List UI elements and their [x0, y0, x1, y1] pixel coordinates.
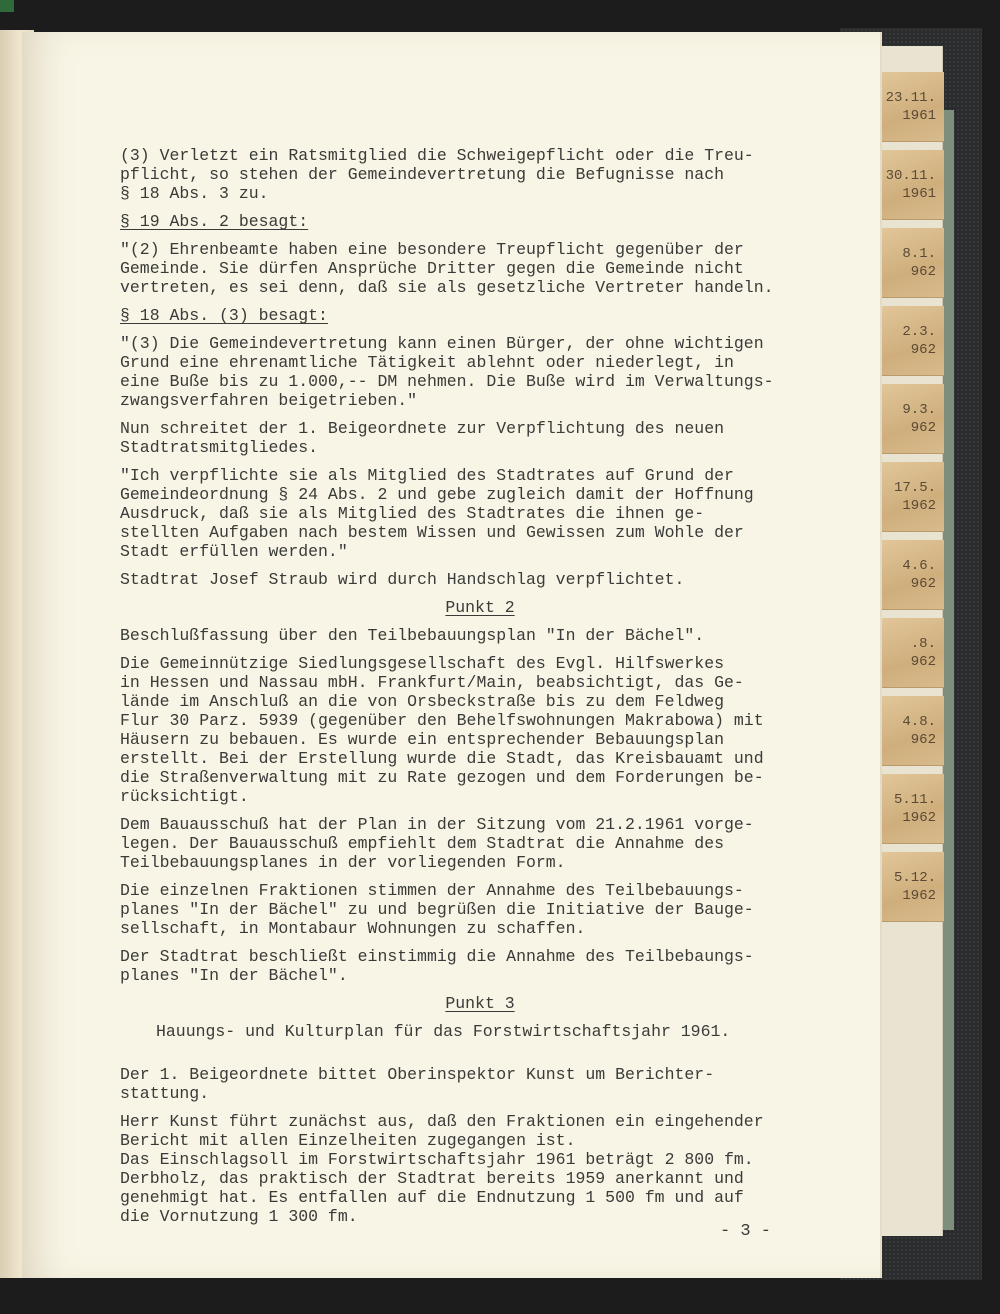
paragraph: Dem Bauausschuß hat der Plan in der Sitz…: [120, 815, 840, 872]
paragraph: "(2) Ehrenbeamte haben eine besondere Tr…: [120, 240, 840, 297]
paragraph: Der Stadtrat beschließt einstimmig die A…: [120, 947, 840, 985]
date-tab[interactable]: 9.3.962: [878, 384, 944, 454]
paragraph: Der 1. Beigeordnete bittet Oberinspektor…: [120, 1065, 840, 1103]
date-tab[interactable]: 4.8.962: [878, 696, 944, 766]
date-tab[interactable]: 5.11.1962: [878, 774, 944, 844]
paragraph: (3) Verletzt ein Ratsmitglied die Schwei…: [120, 146, 840, 203]
paragraph: "(3) Die Gemeindevertretung kann einen B…: [120, 334, 840, 410]
date-tab[interactable]: 30.11.1961: [878, 150, 944, 220]
section-heading: § 19 Abs. 2 besagt:: [120, 212, 308, 231]
paragraph: Hauungs- und Kulturplan für das Forstwir…: [120, 1022, 840, 1041]
date-tabs: 23.11.1961 30.11.1961 8.1.962 2.3.962 9.…: [878, 72, 948, 930]
paragraph: Die Gemeinnützige Siedlungsgesellschaft …: [120, 654, 840, 806]
paragraph: Beschlußfassung über den Teilbebauungspl…: [120, 626, 840, 645]
document-body: (3) Verletzt ein Ratsmitglied die Schwei…: [120, 146, 840, 1235]
date-tab[interactable]: 8.1.962: [878, 228, 944, 298]
agenda-item-heading: Punkt 3: [120, 994, 840, 1013]
paragraph: Stadtrat Josef Straub wird durch Handsch…: [120, 570, 840, 589]
paragraph: Die einzelnen Fraktionen stimmen der Ann…: [120, 881, 840, 938]
paragraph: Herr Kunst führt zunächst aus, daß den F…: [120, 1112, 840, 1226]
page-number: - 3 -: [720, 1222, 771, 1241]
date-tab[interactable]: 5.12.1962: [878, 852, 944, 922]
green-clip: [0, 0, 14, 12]
agenda-item-heading: Punkt 2: [120, 598, 840, 617]
date-tab[interactable]: .8.962: [878, 618, 944, 688]
date-tab[interactable]: 2.3.962: [878, 306, 944, 376]
section-heading: § 18 Abs. (3) besagt:: [120, 306, 328, 325]
date-tab[interactable]: 23.11.1961: [878, 72, 944, 142]
date-tab[interactable]: 17.5.1962: [878, 462, 944, 532]
paragraph: "Ich verpflichte sie als Mitglied des St…: [120, 466, 840, 561]
date-tab[interactable]: 4.6.962: [878, 540, 944, 610]
paragraph: Nun schreitet der 1. Beigeordnete zur Ve…: [120, 419, 840, 457]
